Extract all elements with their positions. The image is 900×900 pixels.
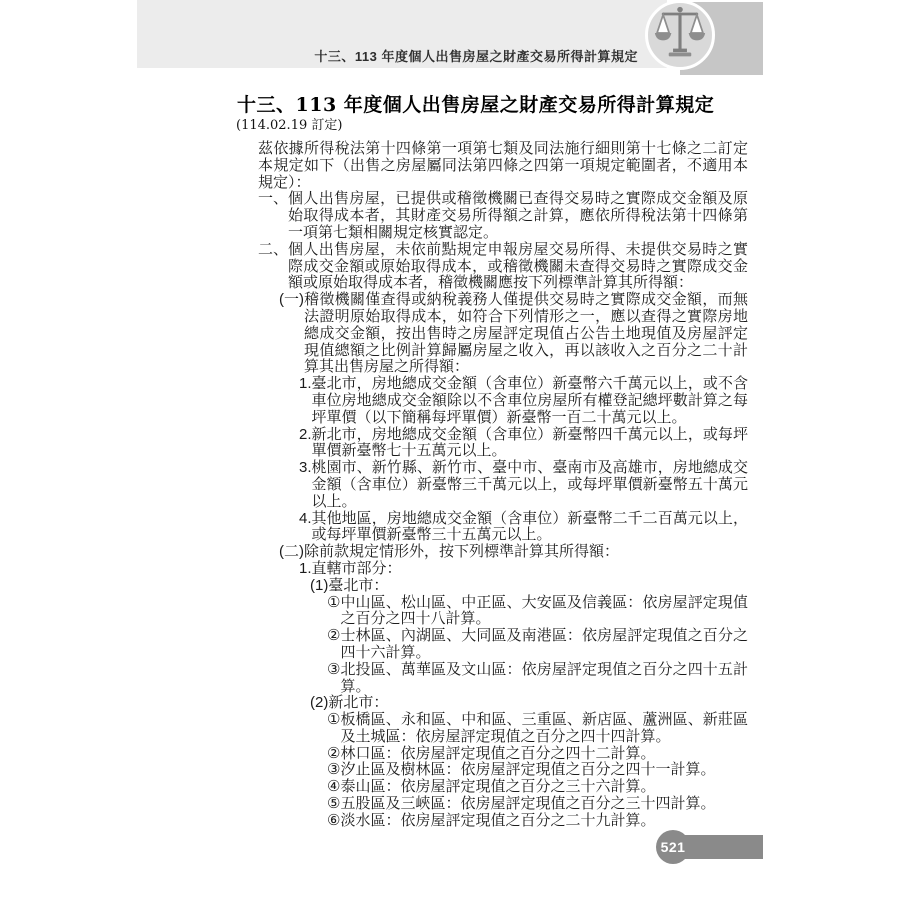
paragraph-l4: (2)新北市：	[310, 695, 748, 712]
balance-scale-icon	[654, 6, 706, 65]
list-marker: 1.	[299, 376, 312, 393]
paragraph-l2: (二)除前款規定情形外，按下列標準計算其所得額：	[279, 544, 748, 561]
list-marker: (1)	[310, 578, 328, 595]
paragraph-l5: ⑥淡水區：依房屋評定現值之百分之二十九計算。	[327, 813, 748, 830]
list-marker: 3.	[299, 460, 312, 477]
paragraph-text: 林口區：依房屋評定現值之百分之四十二計算。	[340, 746, 748, 763]
paragraph-l3: 2.新北市，房地總成交金額（含車位）新臺幣四千萬元以上，或每坪單價新臺幣七十五萬…	[299, 427, 748, 461]
paragraph-text: 新北市，房地總成交金額（含車位）新臺幣四千萬元以上，或每坪單價新臺幣七十五萬元以…	[312, 427, 748, 461]
paragraph-l5: ③汐止區及樹林區：依房屋評定現值之百分之四十一計算。	[327, 762, 748, 779]
paragraph-text: 桃園市、新竹縣、新竹市、臺中市、臺南市及高雄市，房地總成交金額（含車位）新臺幣三…	[312, 460, 748, 510]
logo-circle	[645, 0, 715, 70]
list-marker: ②	[327, 628, 340, 645]
list-marker: 二、	[258, 242, 288, 259]
paragraph-text: 個人出售房屋，已提供或稽徵機關已查得交易時之實際成交金額及原始取得成本者，其財產…	[288, 191, 748, 241]
book-page: 十三、113 年度個人出售房屋之財產交易所得計算規定 十三、113 年度個人出售…	[0, 0, 900, 900]
paragraph-l1: 二、個人出售房屋，未依前點規定申報房屋交易所得、未提供交易時之實際成交金額或原始…	[258, 242, 748, 292]
running-head: 十三、113 年度個人出售房屋之財產交易所得計算規定	[218, 46, 638, 65]
list-marker: ⑥	[327, 813, 340, 830]
paragraph-text: 除前款規定情形外，按下列標準計算其所得額：	[304, 544, 748, 561]
paragraph-text: 新北市：	[328, 695, 748, 712]
paragraph-text: 北投區、萬華區及文山區：依房屋評定現值之百分之四十五計算。	[340, 662, 748, 696]
paragraph-intro: 茲依據所得稅法第十四條第一項第七類及同法施行細則第十七條之二訂定本規定如下（出售…	[258, 141, 748, 191]
list-marker: ①	[327, 712, 340, 729]
paragraph-text: 汐止區及樹林區：依房屋評定現值之百分之四十一計算。	[340, 762, 748, 779]
paragraph-l5: ③北投區、萬華區及文山區：依房屋評定現值之百分之四十五計算。	[327, 662, 748, 696]
document-body: 茲依據所得稅法第十四條第一項第七類及同法施行細則第十七條之二訂定本規定如下（出售…	[258, 141, 748, 830]
paragraph-l3: 1.臺北市，房地總成交金額（含車位）新臺幣六千萬元以上，或不含車位房地總成交金額…	[299, 376, 748, 426]
paragraph-text: 直轄市部分：	[312, 561, 748, 578]
list-marker: ⑤	[327, 796, 340, 813]
list-marker: 4.	[299, 511, 312, 528]
list-marker: 一、	[258, 191, 288, 208]
paragraph-text: 臺北市：	[328, 578, 748, 595]
paragraph-l3: 3.桃園市、新竹縣、新竹市、臺中市、臺南市及高雄市，房地總成交金額（含車位）新臺…	[299, 460, 748, 510]
paragraph-l3: 1.直轄市部分：	[299, 561, 748, 578]
paragraph-l5: ④泰山區：依房屋評定現值之百分之三十六計算。	[327, 779, 748, 796]
paragraph-text: 淡水區：依房屋評定現值之百分之二十九計算。	[340, 813, 748, 830]
list-marker: ③	[327, 662, 340, 679]
paragraph-l1: 一、個人出售房屋，已提供或稽徵機關已查得交易時之實際成交金額及原始取得成本者，其…	[258, 191, 748, 241]
list-marker: ②	[327, 746, 340, 763]
paragraph-l3: 4.其他地區，房地總成交金額（含車位）新臺幣二千二百萬元以上，或每坪單價新臺幣三…	[299, 511, 748, 545]
list-marker: ④	[327, 779, 340, 796]
page-number-badge: 521	[656, 830, 690, 864]
list-marker: (2)	[310, 695, 328, 712]
list-marker: 1.	[299, 561, 312, 578]
list-marker: ①	[327, 595, 340, 612]
paragraph-text: 茲依據所得稅法第十四條第一項第七類及同法施行細則第十七條之二訂定本規定如下（出售…	[258, 141, 748, 191]
paragraph-text: 其他地區，房地總成交金額（含車位）新臺幣二千二百萬元以上，或每坪單價新臺幣三十五…	[312, 511, 748, 545]
paragraph-text: 中山區、松山區、中正區、大安區及信義區：依房屋評定現值之百分之四十八計算。	[340, 595, 748, 629]
paragraph-text: 士林區、內湖區、大同區及南港區：依房屋評定現值之百分之四十六計算。	[340, 628, 748, 662]
list-marker: (二)	[279, 544, 304, 561]
paragraph-text: 板橋區、永和區、中和區、三重區、新店區、蘆洲區、新莊區及土城區：依房屋評定現值之…	[340, 712, 748, 746]
list-marker: (一)	[279, 292, 304, 309]
paragraph-l5: ①板橋區、永和區、中和區、三重區、新店區、蘆洲區、新莊區及土城區：依房屋評定現值…	[327, 712, 748, 746]
page-title: 十三、113 年度個人出售房屋之財產交易所得計算規定	[237, 90, 757, 117]
paragraph-text: 個人出售房屋，未依前點規定申報房屋交易所得、未提供交易時之實際成交金額或原始取得…	[288, 242, 748, 292]
paragraph-l2: (一)稽徵機關僅查得或納稅義務人僅提供交易時之實際成交金額，而無法證明原始取得成…	[279, 292, 748, 376]
list-marker: ③	[327, 762, 340, 779]
paragraph-l4: (1)臺北市：	[310, 578, 748, 595]
list-marker: 2.	[299, 427, 312, 444]
paragraph-l5: ②士林區、內湖區、大同區及南港區：依房屋評定現值之百分之四十六計算。	[327, 628, 748, 662]
enactment-date: (114.02.19 訂定)	[236, 114, 342, 133]
paragraph-l5: ②林口區：依房屋評定現值之百分之四十二計算。	[327, 746, 748, 763]
paragraph-l5: ⑤五股區及三峽區：依房屋評定現值之百分之三十四計算。	[327, 796, 748, 813]
paragraph-text: 稽徵機關僅查得或納稅義務人僅提供交易時之實際成交金額，而無法證明原始取得成本，如…	[304, 292, 748, 376]
paragraph-text: 五股區及三峽區：依房屋評定現值之百分之三十四計算。	[340, 796, 748, 813]
paragraph-l5: ①中山區、松山區、中正區、大安區及信義區：依房屋評定現值之百分之四十八計算。	[327, 595, 748, 629]
paragraph-text: 泰山區：依房屋評定現值之百分之三十六計算。	[340, 779, 748, 796]
paragraph-text: 臺北市，房地總成交金額（含車位）新臺幣六千萬元以上，或不含車位房地總成交金額除以…	[312, 376, 748, 426]
